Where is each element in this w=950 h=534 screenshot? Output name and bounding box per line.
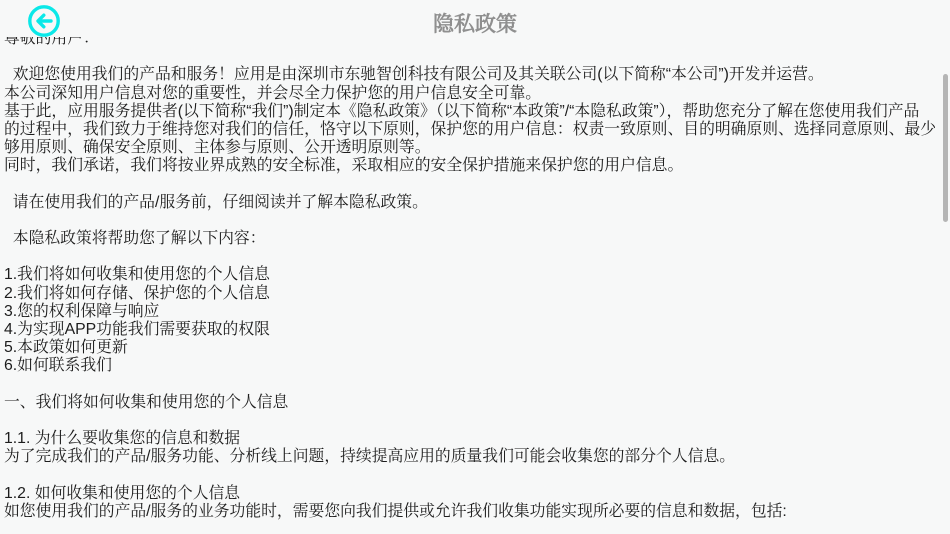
policy-line: 1.1. 为什么要收集您的信息和数据 (4, 430, 944, 448)
policy-line (4, 212, 944, 230)
policy-line (4, 48, 944, 66)
policy-line: 1.我们将如何收集和使用您的个人信息 (4, 266, 944, 284)
policy-line: 如您使用我们的产品/服务的业务功能时，需要您向我们提供或允许我们收集功能实现所必… (4, 503, 944, 521)
page-title: 隐私政策 (0, 8, 950, 38)
policy-line: 2.我们将如何存储、保护您的个人信息 (4, 285, 944, 303)
policy-line: 一、我们将如何收集和使用您的个人信息 (4, 394, 944, 412)
policy-line: 本隐私政策将帮助您了解以下内容： (4, 230, 944, 248)
policy-line: 基于此，应用服务提供者(以下简称“我们”)制定本《隐私政策》（以下简称“本政策”… (4, 103, 944, 121)
policy-line: 够用原则、确保安全原则、主体参与原则、公开透明原则等。 (4, 139, 944, 157)
policy-line: 本公司深知用户信息对您的重要性，并会尽全力保护您的用户信息安全可靠。 (4, 85, 944, 103)
policy-line: 请在使用我们的产品/服务前，仔细阅读并了解本隐私政策。 (4, 194, 944, 212)
policy-line: 为了完成我们的产品/服务功能、分析线上问题，持续提高应用的质量我们可能会收集您的… (4, 448, 944, 466)
policy-line: 的过程中，我们致力于维持您对我们的信任，恪守以下原则，保护您的用户信息：权责一致… (4, 121, 944, 139)
policy-line (4, 248, 944, 266)
policy-line: 3.您的权利保障与响应 (4, 303, 944, 321)
policy-line (4, 467, 944, 485)
policy-line (4, 412, 944, 430)
policy-line: 4.为实现APP功能我们需要获取的权限 (4, 321, 944, 339)
scrollbar-thumb[interactable] (943, 74, 948, 222)
header-bar: 隐私政策 (0, 0, 950, 37)
policy-line (4, 376, 944, 394)
policy-line: 5.本政策如何更新 (4, 339, 944, 357)
policy-line: 6.如何联系我们 (4, 357, 944, 375)
policy-line: 欢迎您使用我们的产品和服务！应用是由深圳市东驰智创科技有限公司及其关联公司(以下… (4, 66, 944, 84)
policy-line (4, 176, 944, 194)
policy-text[interactable]: 尊敬的用户： 欢迎您使用我们的产品和服务！应用是由深圳市东驰智创科技有限公司及其… (4, 30, 944, 521)
policy-line: 1.2. 如何收集和使用您的个人信息 (4, 485, 944, 503)
policy-line: 同时，我们承诺，我们将按业界成熟的安全标准，采取相应的安全保护措施来保护您的用户… (4, 157, 944, 175)
